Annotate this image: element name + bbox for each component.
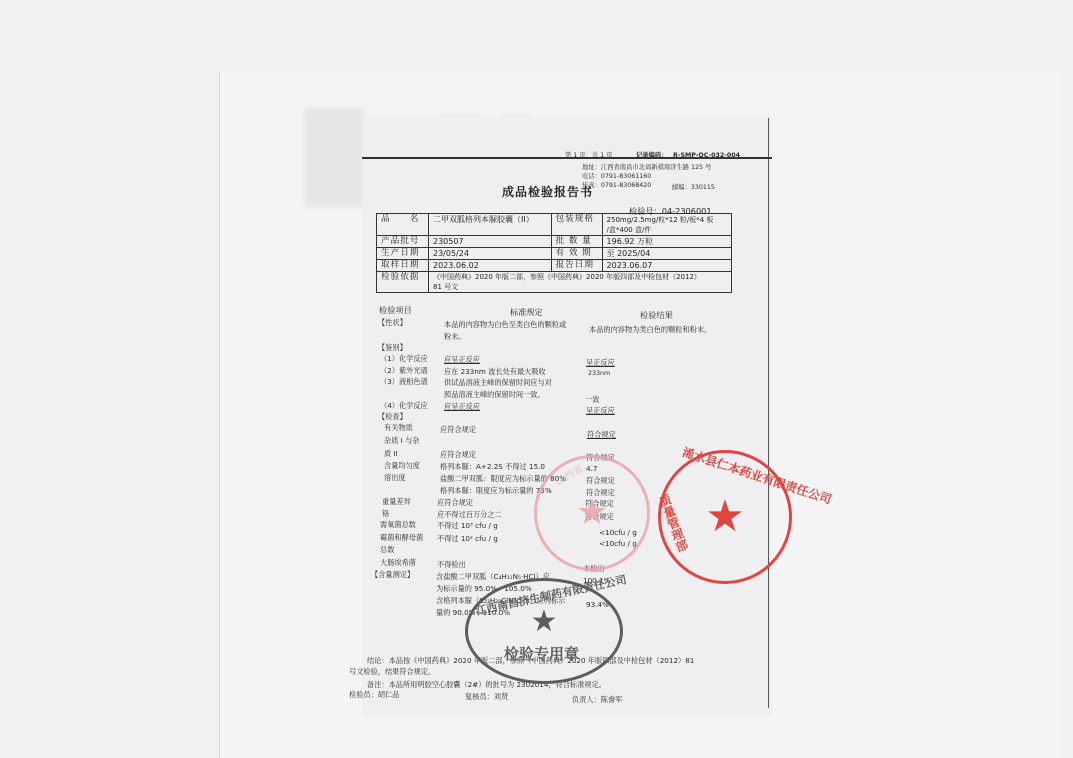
appearance-std-2: 粉末。 bbox=[444, 332, 466, 341]
uniformity: 含量均匀度 bbox=[384, 461, 420, 470]
ident-item-1: （1）化学反应 bbox=[380, 354, 428, 363]
impurity-std: 应符合规定 bbox=[440, 450, 476, 459]
ident-std-2: 应在 233nm 波长处有最大吸收 bbox=[444, 367, 546, 376]
inspection-seal-stamp: ★ 江西南昌济生制药有限责任公司 检验专用章 bbox=[465, 578, 623, 684]
record-code: R-SMP-QC-032-004 bbox=[673, 151, 740, 160]
section-assay: 【含量测定】 bbox=[371, 570, 414, 579]
chromium: 铬 bbox=[382, 509, 389, 518]
manager: 负责人：陈誊军 bbox=[572, 695, 622, 704]
appearance-std-1: 本品的内容物为白色至类白色的颗粒或 bbox=[444, 320, 566, 329]
quantity-value: 196.92 万粒 bbox=[602, 236, 731, 248]
sheet-edge bbox=[768, 118, 769, 708]
quality-dept-stamp: ★ 浠水县仁本药业有限责任公司 质量管理部 bbox=[658, 450, 792, 584]
ident-result-1: 呈正反应 bbox=[586, 358, 615, 367]
related-std: 应符合规定 bbox=[440, 425, 476, 434]
mold-1: 霉菌和酵母菌 bbox=[380, 533, 423, 542]
sample-date-value: 2023.06.02 bbox=[429, 260, 552, 272]
record-code-label: 记录编码： bbox=[636, 151, 667, 160]
page-title: 成品检验报告书 bbox=[502, 188, 593, 197]
basis-label: 检验依据 bbox=[377, 272, 429, 293]
dissolution: 溶出度 bbox=[384, 473, 406, 482]
ident-std-3b: 照品溶液主峰的保留时间一致。 bbox=[444, 390, 545, 399]
ident-item-2: （2）紫外光谱 bbox=[380, 366, 428, 375]
aerobic: 需氧菌总数 bbox=[380, 520, 416, 529]
col-item: 检验项目 bbox=[379, 306, 412, 315]
related-3: 质 II bbox=[384, 449, 398, 458]
star-icon: ★ bbox=[576, 495, 608, 531]
weight-variation: 重量差异 bbox=[382, 497, 411, 506]
package-label: 包装规格 bbox=[551, 214, 602, 236]
star-icon: ★ bbox=[531, 604, 558, 640]
page-info: 第 1 页，共 1 页 bbox=[565, 151, 613, 160]
mold-std: 不得过 10² cfu / g bbox=[437, 534, 498, 543]
ecoli-std: 不得检出 bbox=[437, 560, 466, 569]
section-identification: 【鉴别】 bbox=[378, 343, 407, 352]
package-spec: 250mg/2.5mg/粒*12 粒/板*4 板 /盒*400 盒/件 bbox=[602, 214, 731, 236]
conclusion-2: 号文检验，结果符合规定。 bbox=[349, 667, 435, 676]
mfg-date-label: 生产日期 bbox=[377, 248, 429, 260]
package-line-2: /盒*400 盒/件 bbox=[607, 225, 727, 235]
ident-item-4: （4）化学反应 bbox=[380, 401, 428, 410]
ident-std-3a: 供试品溶液主峰的保留时间应与对 bbox=[444, 378, 552, 387]
batch-value: 230507 bbox=[429, 236, 552, 248]
section-inspection: 【检查】 bbox=[378, 412, 407, 421]
related-2: 杂质 I 与杂 bbox=[384, 436, 419, 445]
expiry-value: 至 2025/04 bbox=[602, 248, 731, 260]
reviewer: 复核员：刘贤 bbox=[465, 692, 508, 701]
ident-item-3: （3）液相色谱 bbox=[380, 377, 428, 386]
star-icon: ★ bbox=[705, 499, 744, 535]
address: 地址：江西省南昌市北郊新祺周济生路 125 号 bbox=[582, 163, 711, 172]
aerobic-std: 不得过 10³ cfu / g bbox=[437, 521, 498, 530]
quantity-label: 批 数 量 bbox=[551, 236, 602, 248]
report-date-value: 2023.06.07 bbox=[602, 260, 731, 272]
col-standard: 标准规定 bbox=[510, 308, 543, 317]
col-result: 检验结果 bbox=[640, 311, 673, 320]
dissolution-std-2: 格列本脲：限度应为标示量的 75% bbox=[440, 486, 552, 495]
product-name-label: 品 名 bbox=[377, 214, 429, 236]
batch-label: 产品批号 bbox=[377, 236, 429, 248]
ident-result-3: 一致 bbox=[585, 395, 599, 404]
basis-value: 《中国药典》2020 年版二部，参照《中国药典》2020 年版四部及中检包材（2… bbox=[429, 272, 732, 293]
gray-stamp-center: 检验专用章 bbox=[504, 643, 579, 664]
mold-2: 总数 bbox=[380, 545, 394, 554]
postcode: 邮编：330115 bbox=[672, 183, 715, 192]
sample-date-label: 取样日期 bbox=[377, 260, 429, 272]
ident-result-4: 呈正反应 bbox=[586, 406, 615, 415]
appearance-result: 本品的内容物为类白色的颗粒和粉末。 bbox=[589, 325, 711, 334]
ident-std-4: 应呈正反应 bbox=[444, 402, 480, 411]
inspector: 检验员：胡仁品 bbox=[349, 690, 399, 699]
related-result: 符合规定 bbox=[587, 430, 616, 439]
report-date-label: 报告日期 bbox=[551, 260, 602, 272]
product-name: 二甲双胍格列本脲胶囊（II） bbox=[429, 214, 552, 236]
ident-result-2: 233nm bbox=[588, 369, 610, 378]
basis-line-1: 《中国药典》2020 年版二部，参照《中国药典》2020 年版四部及中检包材（2… bbox=[433, 272, 727, 282]
expiry-label: 有 效 期 bbox=[551, 248, 602, 260]
section-appearance: 【性状】 bbox=[378, 318, 407, 327]
ecoli: 大肠埃希菌 bbox=[380, 558, 416, 567]
chromium-std: 应不得过百万分之二 bbox=[437, 510, 502, 519]
mfg-date-value: 23/05/24 bbox=[429, 248, 552, 260]
ghost-shadow bbox=[305, 108, 365, 208]
uniformity-std: 格列本脲：A+2.2S 不得过 15.0 bbox=[440, 462, 545, 471]
package-line-1: 250mg/2.5mg/粒*12 粒/板*4 板 bbox=[607, 215, 727, 225]
related-1: 有关物质 bbox=[384, 423, 413, 432]
pink-seal-stamp: ★ 江西省… bbox=[534, 455, 650, 571]
phone: 电话：0791-83061160 bbox=[582, 172, 651, 181]
basis-line-2: 81 号文 bbox=[433, 282, 727, 292]
remark: 备注：本品所用明胶空心胶囊（2#）的批号为 2302014，符合标准规定。 bbox=[367, 680, 606, 689]
weight-std: 应符合规定 bbox=[437, 498, 473, 507]
ident-std-1: 应呈正反应 bbox=[444, 355, 480, 364]
info-table: 品 名 二甲双胍格列本脲胶囊（II） 包装规格 250mg/2.5mg/粒*12… bbox=[376, 213, 732, 293]
